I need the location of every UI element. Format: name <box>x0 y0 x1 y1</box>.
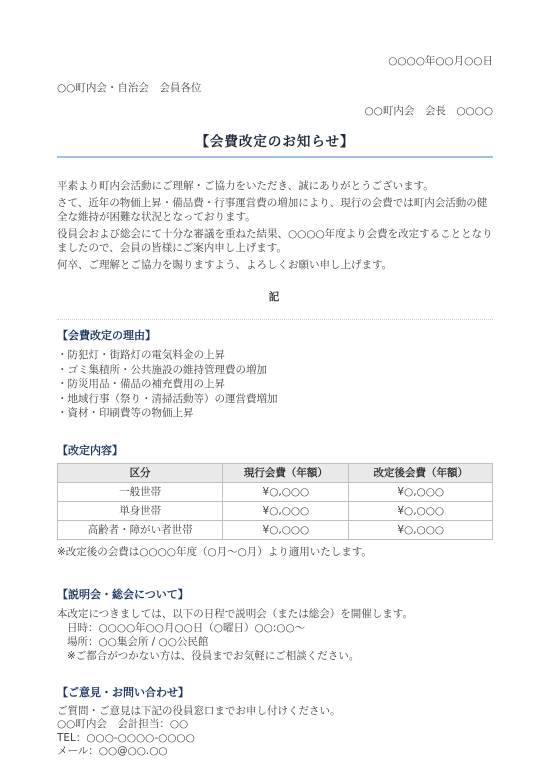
section-contact: 【ご意見・お問い合わせ】 ご質問・ご意見は下記の役員窓口までお申し付けください。… <box>57 686 493 759</box>
cell-current-fee: ¥○,○○○ <box>223 520 349 539</box>
cell-category: 単身世帯 <box>58 501 223 520</box>
cell-category: 一般世帯 <box>58 482 223 501</box>
intro-paragraphs: 平素より町内会活動にご理解・ご協力をいただき、誠にありがとうございます。 さて、… <box>57 179 493 272</box>
reason-item: ・防災用品・備品の補充費用の上昇 <box>57 377 493 392</box>
reason-item: ・地域行事（祭り・清掃活動等）の運営費増加 <box>57 392 493 407</box>
title-underline-rule <box>57 156 493 158</box>
revision-heading: 【改定内容】 <box>57 444 493 458</box>
contact-org: ○○町内会 会計担当：○○ <box>57 718 493 732</box>
contact-heading: 【ご意見・お問い合わせ】 <box>57 686 493 700</box>
cell-revised-fee: ¥○,○○○ <box>349 501 493 520</box>
paragraph-background: さて、近年の物価上昇・備品費・行事運営費の増加により、現行の会費では町内会活動の… <box>57 196 493 224</box>
header-revised-fee: 改定後会費（年額） <box>349 463 493 482</box>
header-category: 区分 <box>58 463 223 482</box>
fee-table: 区分 現行会費（年額） 改定後会費（年額） 一般世帯 ¥○,○○○ ¥○,○○○… <box>57 463 493 540</box>
section-revision: 【改定内容】 区分 現行会費（年額） 改定後会費（年額） 一般世帯 ¥○,○○○… <box>57 444 493 559</box>
cell-current-fee: ¥○,○○○ <box>223 501 349 520</box>
contact-mail: メール：○○@○○.○○ <box>57 745 493 759</box>
meeting-heading: 【説明会・総会について】 <box>57 588 493 602</box>
paragraph-closing: 何卒、ご理解とご協力を賜りますよう、よろしくお願い申し上げます。 <box>57 258 493 272</box>
sender: ○○町内会 会長 ○○○○ <box>57 104 493 118</box>
paragraph-greeting: 平素より町内会活動にご理解・ご協力をいただき、誠にありがとうございます。 <box>57 179 493 193</box>
dotted-separator <box>57 319 493 320</box>
fee-table-header-row: 区分 現行会費（年額） 改定後会費（年額） <box>58 463 493 482</box>
table-row: 一般世帯 ¥○,○○○ ¥○,○○○ <box>58 482 493 501</box>
document-date: ○○○○年○○月○○日 <box>57 54 493 68</box>
contact-intro: ご質問・ご意見は下記の役員窓口までお申し付けください。 <box>57 705 493 719</box>
notice-document: ○○○○年○○月○○日 ○○町内会・自治会 会員各位 ○○町内会 会長 ○○○○… <box>0 0 550 778</box>
cell-category: 高齢者・障がい者世帯 <box>58 520 223 539</box>
page-title: 【会費改定のお知らせ】 <box>57 135 493 149</box>
table-row: 単身世帯 ¥○,○○○ ¥○,○○○ <box>58 501 493 520</box>
meeting-datetime: 日時：○○○○年○○月○○日（○曜日）○○:○○～ <box>57 621 493 635</box>
paragraph-decision: 役員会および総会にて十分な審議を重ねた結果、○○○○年度より会費を改定することと… <box>57 227 493 255</box>
meeting-note: ※ご都合がつかない方は、役員までお気軽にご相談ください。 <box>57 649 493 663</box>
meeting-intro: 本改定につきましては、以下の日程で説明会（または総会）を開催します。 <box>57 607 493 621</box>
reason-item: ・ゴミ集積所・公共施設の維持管理費の増加 <box>57 363 493 378</box>
reason-item: ・防犯灯・街路灯の電気料金の上昇 <box>57 348 493 363</box>
record-marker: 記 <box>57 290 493 304</box>
meeting-place: 場所：○○集会所 / ○○公民館 <box>57 635 493 649</box>
cell-current-fee: ¥○,○○○ <box>223 482 349 501</box>
cell-revised-fee: ¥○,○○○ <box>349 482 493 501</box>
reason-item: ・資材・印刷費等の物価上昇 <box>57 406 493 421</box>
header-current-fee: 現行会費（年額） <box>223 463 349 482</box>
section-reasons: 【会費改定の理由】 ・防犯灯・街路灯の電気料金の上昇 ・ゴミ集積所・公共施設の維… <box>57 329 493 421</box>
table-row: 高齢者・障がい者世帯 ¥○,○○○ ¥○,○○○ <box>58 520 493 539</box>
section-meeting: 【説明会・総会について】 本改定につきましては、以下の日程で説明会（または総会）… <box>57 588 493 663</box>
contact-tel: TEL：○○○-○○○○-○○○○ <box>57 732 493 746</box>
reasons-heading: 【会費改定の理由】 <box>57 329 493 343</box>
revision-note: ※改定後の会費は○○○○年度（○月～○月）より適用いたします。 <box>57 545 493 559</box>
cell-revised-fee: ¥○,○○○ <box>349 520 493 539</box>
addressee: ○○町内会・自治会 会員各位 <box>57 81 493 95</box>
